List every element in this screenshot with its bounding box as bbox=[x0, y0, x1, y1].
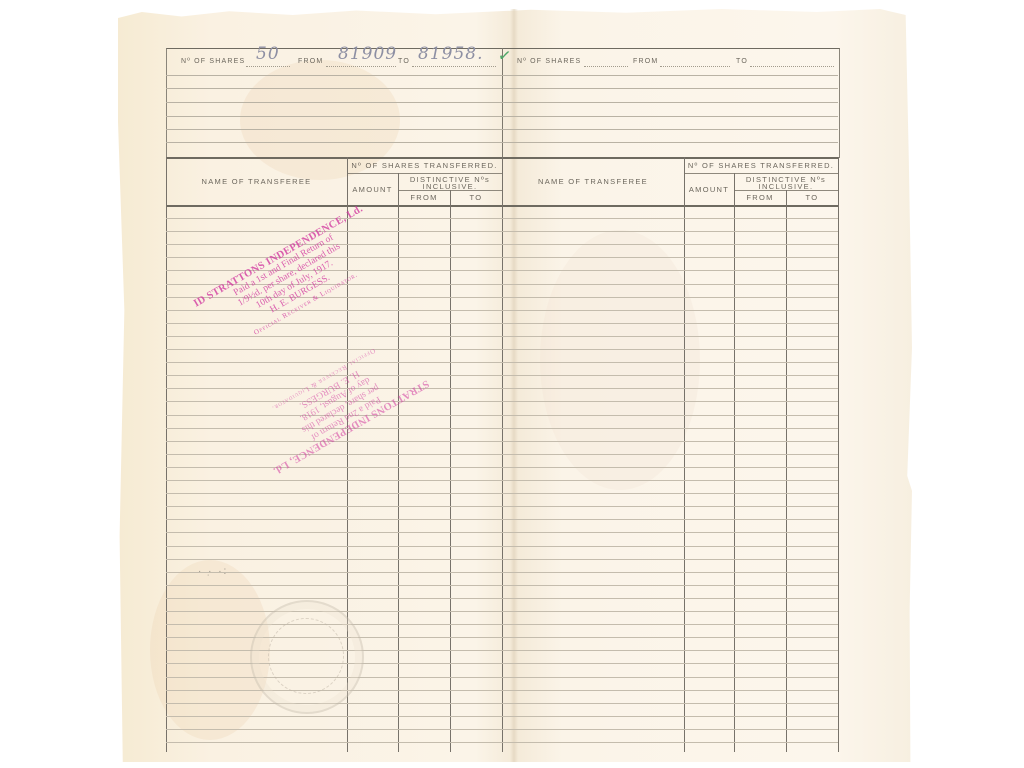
row-rule bbox=[166, 467, 838, 468]
top-rule bbox=[166, 129, 838, 130]
seal-inner-ring bbox=[268, 618, 344, 694]
top-rule bbox=[166, 88, 838, 89]
row-rule bbox=[166, 585, 838, 586]
row-rule bbox=[166, 401, 838, 402]
column-rule bbox=[734, 173, 735, 752]
left-shares-value: 50 bbox=[256, 44, 280, 64]
pencil-marks: · ·̣ ·: bbox=[198, 566, 228, 577]
right-amount-header: AMOUNT bbox=[684, 186, 734, 194]
left-to-dotline bbox=[412, 66, 496, 67]
row-rule bbox=[166, 598, 838, 599]
right-to-header: TO bbox=[786, 194, 838, 202]
row-rule bbox=[166, 506, 838, 507]
column-rule bbox=[450, 190, 451, 752]
right-from-header: FROM bbox=[734, 194, 786, 202]
row-rule bbox=[166, 244, 838, 245]
column-rule bbox=[786, 190, 787, 752]
left-shares-dotline bbox=[246, 66, 290, 67]
right-inclusive-header: INCLUSIVE. bbox=[734, 183, 838, 191]
embossed-seal-icon bbox=[250, 600, 364, 714]
left-shares-label: Nº OF SHARES bbox=[181, 58, 245, 65]
right-to-label: TO bbox=[736, 58, 748, 65]
row-rule bbox=[166, 729, 838, 730]
header-subline bbox=[347, 173, 502, 174]
left-to-value: 81958. bbox=[418, 44, 483, 64]
right-shares-transferred-header: Nº OF SHARES TRANSFERRED. bbox=[684, 162, 838, 170]
checkmark-icon: ✓ bbox=[497, 45, 513, 66]
row-rule bbox=[166, 388, 838, 389]
row-rule bbox=[166, 716, 838, 717]
left-inclusive-header: INCLUSIVE. bbox=[398, 183, 502, 191]
right-name-header: NAME OF TRANSFEREE bbox=[502, 178, 684, 186]
right-from-dotline bbox=[660, 66, 730, 67]
row-rule bbox=[166, 532, 838, 533]
header-subline bbox=[684, 173, 838, 174]
left-amount-header: AMOUNT bbox=[347, 186, 398, 194]
row-rule bbox=[166, 480, 838, 481]
row-rule bbox=[166, 375, 838, 376]
row-rule bbox=[166, 218, 838, 219]
column-rule bbox=[838, 157, 839, 752]
row-rule bbox=[166, 559, 838, 560]
row-rule bbox=[166, 231, 838, 232]
left-to-label: TO bbox=[398, 58, 410, 65]
top-rule bbox=[166, 142, 838, 143]
row-rule bbox=[166, 742, 838, 743]
left-name-header: NAME OF TRANSFEREE bbox=[166, 178, 347, 186]
row-rule bbox=[166, 703, 838, 704]
left-from-dotline bbox=[326, 66, 396, 67]
top-rule bbox=[166, 116, 838, 117]
row-rule bbox=[166, 611, 838, 612]
row-rule bbox=[166, 362, 838, 363]
right-shares-label: Nº OF SHARES bbox=[517, 58, 581, 65]
left-from-header: FROM bbox=[398, 194, 450, 202]
row-rule bbox=[166, 546, 838, 547]
right-to-dotline bbox=[750, 66, 834, 67]
row-rule bbox=[166, 493, 838, 494]
row-rule bbox=[166, 572, 838, 573]
column-rule bbox=[398, 173, 399, 752]
row-rule bbox=[166, 336, 838, 337]
right-shares-dotline bbox=[584, 66, 628, 67]
row-rule bbox=[166, 519, 838, 520]
right-from-label: FROM bbox=[633, 58, 658, 65]
left-shares-transferred-header: Nº OF SHARES TRANSFERRED. bbox=[347, 162, 502, 170]
left-from-label: FROM bbox=[298, 58, 323, 65]
left-to-header: TO bbox=[450, 194, 502, 202]
row-rule bbox=[166, 349, 838, 350]
top-rule bbox=[166, 75, 838, 76]
paper-stain bbox=[540, 230, 700, 490]
left-from-value: 81909 bbox=[338, 44, 397, 64]
top-rule bbox=[166, 102, 838, 103]
